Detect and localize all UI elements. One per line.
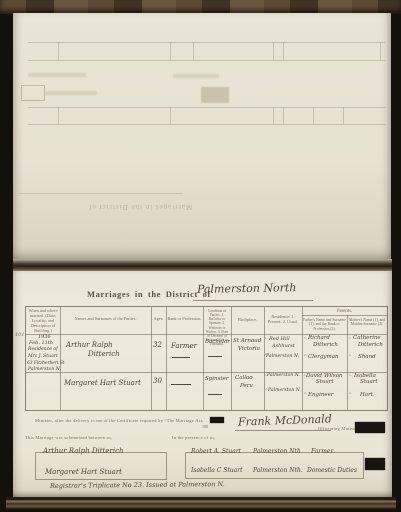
ditto-dash: [172, 357, 190, 358]
ghost-line: [170, 42, 171, 60]
ghost-line: [170, 107, 171, 124]
presence-label: In the presence of us,: [172, 435, 216, 440]
page-stack-edge: [6, 497, 396, 512]
redaction-box: [365, 458, 385, 470]
printed-numeral: 1.: [349, 373, 352, 377]
cell-groom-mother-name1: Catherine: [353, 336, 381, 342]
solemnized-label: This Marriage was solemnized between us,: [25, 435, 112, 440]
ghost-line: [283, 107, 284, 124]
cell-groom-residence2: Ashhurst: [272, 344, 295, 349]
header-birthplace: Birthplace.: [231, 317, 264, 324]
cell-bride-condition: Spinster: [205, 377, 229, 383]
ghost-smudge: [45, 91, 97, 95]
header-father: Father's Name and Surname (1), and the R…: [302, 317, 347, 332]
groom-signature: Arthur Ralph Ditterich: [43, 448, 124, 455]
ditto-dash: [208, 394, 222, 395]
header-names: Names and Surnames of the Parties.: [60, 316, 151, 323]
witness2-occupation: Domestic Duties: [307, 468, 357, 474]
cell-bride-name: Margaret Hart Stuart: [64, 380, 141, 387]
redaction-box: [355, 422, 385, 433]
ghost-smudge: [201, 87, 229, 103]
cell-groom-father-name2: Ditterich: [313, 343, 338, 349]
ghost-line: [313, 107, 314, 124]
ghost-line: [58, 42, 59, 60]
cell-groom-father-rank: Clergyman: [308, 355, 339, 361]
witness2-name: Isabella C Stuart: [191, 468, 242, 474]
cell-groom-birthplace1: St Arnaud: [233, 339, 261, 345]
cell-groom-name2: Ditterich: [88, 351, 120, 358]
ghost-stamp: [21, 85, 45, 101]
ghost-line: [273, 107, 274, 124]
cell-place-line: Mrs J. Stuart: [28, 355, 58, 360]
cell-bride-father-rank: Engineer: [308, 393, 334, 399]
cell-bride-age: 30: [153, 378, 162, 385]
cell-bride-birthplace1: Callao: [235, 376, 253, 382]
ghost-line: [28, 124, 385, 125]
title-underline: [193, 300, 313, 301]
cell-groom-mother-maiden: Shand: [358, 355, 376, 361]
ghost-line: [18, 193, 183, 194]
rank-blank-dash: [171, 384, 191, 385]
cell-bride-mother-maiden: Hart.: [360, 393, 375, 399]
ghost-line: [28, 42, 385, 43]
printed-numeral: 2.: [349, 353, 352, 357]
top-blank-page: Marriages in the District of: [13, 13, 391, 262]
cell-place-line: 63 Fitzherbert St: [27, 362, 65, 366]
cell-place-line: Residence of: [28, 348, 58, 353]
marriage-register-scan: Marriages in the District of Marriages i…: [0, 0, 401, 512]
cell-groom-condition: Bachelor: [205, 340, 230, 346]
cell-bride-father-name2: Stuart: [316, 380, 334, 386]
ghost-smudge: [173, 74, 219, 78]
header-parents: Parents.: [302, 308, 387, 316]
cell-groom-mother-name2: Ditterich: [358, 343, 383, 349]
printed-numeral: 1.: [304, 336, 307, 340]
ghost-line: [343, 107, 344, 124]
header-mother: Mother's Name (1), and Maiden Surname (2…: [347, 317, 387, 328]
ditto-dash: [208, 356, 222, 357]
ghost-line: [28, 107, 385, 108]
header-ages: Ages.: [151, 316, 166, 323]
year-fragment: 190: [202, 424, 208, 429]
cell-groom-father-name1: Richard: [308, 336, 330, 342]
header-residence: Residence: 1. Present. 2. Usual.: [264, 314, 302, 326]
cell-place-line: Palmerston N.: [28, 368, 61, 373]
redaction-box: [210, 417, 224, 423]
printed-numeral: 2.: [304, 391, 307, 395]
registrar-note: Registrar's Triplicate No 23. Issued at …: [50, 481, 225, 489]
witnesses-box: [185, 452, 364, 479]
ghost-showthrough-title: Marriages in the District of: [88, 203, 192, 211]
header-rank: Rank or Profession.: [166, 316, 203, 323]
header-when-where: When and where married. (Date, Locality,…: [26, 308, 60, 335]
printed-numeral: 1.: [349, 336, 352, 340]
minister-clause: Minister, after the delivery to me of th…: [35, 418, 215, 423]
cell-bride-birthplace2: Peru: [240, 384, 253, 390]
cell-groom-age: 32: [153, 342, 162, 349]
printed-numeral: 1.: [265, 336, 268, 340]
cell-date-day: Feb. 11th: [29, 341, 53, 346]
ghost-line: [283, 42, 284, 60]
printed-numeral: 2.: [304, 353, 307, 357]
book-spine-edge: [0, 0, 401, 14]
ghost-line: [380, 42, 381, 60]
page-title: Marriages in the District of: [87, 289, 211, 299]
cell-groom-residence3: Palmerston N.: [266, 355, 299, 360]
printed-numeral: 2.: [349, 391, 352, 395]
witness2-residence: Palmerston Nth.: [253, 468, 303, 474]
cell-groom-name: Arthur Ralph: [66, 342, 113, 349]
ghost-smudge: [28, 73, 86, 77]
bride-signature: Margaret Hart Stuart: [45, 469, 122, 476]
marriage-register-table: When and where married. (Date, Locality,…: [25, 306, 388, 411]
district-handwritten: Palmerston North: [197, 282, 297, 295]
cell-groom-rank: Farmer: [171, 343, 197, 350]
book-gutter-shadow: [13, 259, 392, 271]
ghost-line: [28, 60, 385, 61]
witness1-name: Robert A. Stuart: [191, 449, 241, 455]
ghost-line: [273, 42, 274, 60]
register-page: Marriages in the District of Palmerston …: [13, 271, 392, 497]
cell-bride-residence1: Palmerston N.: [267, 374, 300, 379]
cell-bride-mother-name2: Stuart: [360, 380, 378, 386]
ghost-line: [193, 42, 194, 60]
officiating-minister-label: , Officiating Minister.: [315, 426, 360, 431]
cell-bride-residence2: Palmerston N.: [268, 389, 301, 394]
witness1-occupation: Farmer: [311, 449, 333, 455]
witness1-residence: Palmerston Nth: [253, 449, 301, 455]
ghost-line: [58, 107, 59, 124]
cell-groom-residence1: Red Hill: [269, 337, 290, 342]
cell-groom-birthplace2: Victoria: [238, 347, 260, 353]
entry-number: 101: [15, 333, 25, 338]
